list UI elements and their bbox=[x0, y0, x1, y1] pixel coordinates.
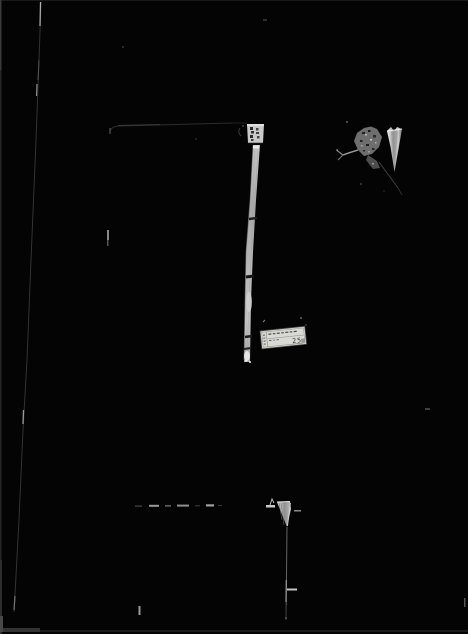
stray-bottom-marks bbox=[139, 606, 141, 615]
photo-background bbox=[0, 0, 468, 634]
microfilm-photo: 25 bbox=[0, 0, 468, 634]
photo-canvas: 25 bbox=[0, 0, 468, 634]
